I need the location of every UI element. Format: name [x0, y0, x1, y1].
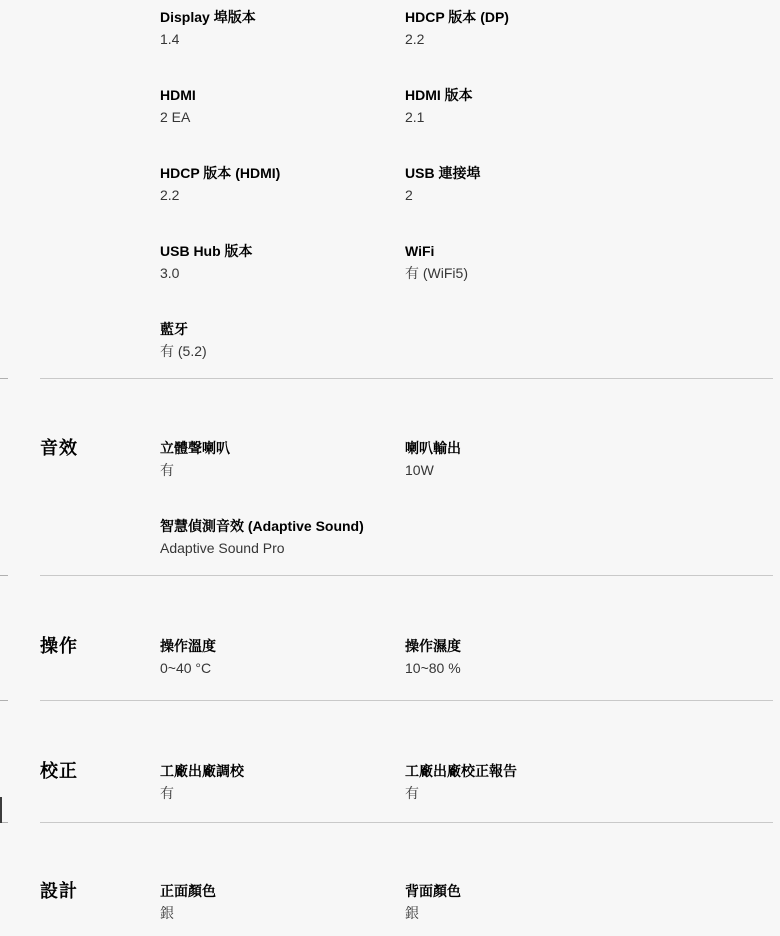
section-divider — [0, 822, 780, 823]
section-title-operation: 操作 — [40, 632, 78, 658]
spec-section-calibration: 校正 工廠出廠調校 有 工廠出廠校正報告 有 — [0, 760, 780, 804]
section-divider — [0, 700, 780, 701]
spec-label: 藍牙 — [160, 318, 405, 340]
spec-section-connectivity: Display 埠版本 1.4 HDCP 版本 (DP) 2.2 HDMI 2 … — [0, 6, 780, 362]
spec-item-back-color: 背面顏色 銀 — [405, 880, 780, 924]
spec-value: 2 — [405, 184, 780, 206]
spec-value: 銀 — [405, 902, 780, 924]
divider-edge-stub — [0, 700, 8, 701]
spec-row: 正面顏色 銀 背面顏色 銀 — [160, 880, 780, 924]
spec-value: 有 — [160, 782, 405, 804]
spec-label: HDCP 版本 (HDMI) — [160, 162, 405, 184]
spec-item-empty — [405, 318, 780, 362]
spec-label: Display 埠版本 — [160, 6, 405, 28]
spec-label: 操作濕度 — [405, 635, 780, 657]
spec-row: 立體聲喇叭 有 喇叭輸出 10W — [160, 437, 780, 481]
spec-label: 喇叭輸出 — [405, 437, 780, 459]
spec-item-wifi: WiFi 有 (WiFi5) — [405, 240, 780, 284]
spec-item-empty — [405, 515, 780, 559]
spec-value: 銀 — [160, 902, 405, 924]
section-title-audio: 音效 — [40, 434, 78, 460]
spec-value: Adaptive Sound Pro — [160, 537, 405, 559]
section-divider — [0, 575, 780, 576]
spec-row: 智慧偵測音效 (Adaptive Sound) Adaptive Sound P… — [160, 515, 780, 559]
spec-label: 工廠出廠調校 — [160, 760, 405, 782]
divider-line — [40, 822, 773, 823]
spec-label: WiFi — [405, 240, 780, 262]
spec-section-audio: 音效 立體聲喇叭 有 喇叭輸出 10W 智慧偵測音效 (Adaptive Sou… — [0, 437, 780, 559]
spec-value: 有 (5.2) — [160, 340, 405, 362]
divider-edge-stub — [0, 575, 8, 576]
spec-value: 10~80 % — [405, 657, 780, 679]
divider-line — [40, 378, 773, 379]
divider-edge-stub — [0, 378, 8, 379]
spec-item-hdcp-version-hdmi: HDCP 版本 (HDMI) 2.2 — [160, 162, 405, 206]
spec-item-bluetooth: 藍牙 有 (5.2) — [160, 318, 405, 362]
spec-value: 2.2 — [405, 28, 780, 50]
spec-section-operation: 操作 操作溫度 0~40 °C 操作濕度 10~80 % — [0, 635, 780, 679]
spec-item-hdcp-version-dp: HDCP 版本 (DP) 2.2 — [405, 6, 780, 50]
spec-value: 有 (WiFi5) — [405, 262, 780, 284]
divider-line — [40, 575, 773, 576]
spec-label: HDCP 版本 (DP) — [405, 6, 780, 28]
spec-value: 0~40 °C — [160, 657, 405, 679]
spec-row: 操作溫度 0~40 °C 操作濕度 10~80 % — [160, 635, 780, 679]
spec-row: 工廠出廠調校 有 工廠出廠校正報告 有 — [160, 760, 780, 804]
spec-label: 立體聲喇叭 — [160, 437, 405, 459]
spec-label: 正面顏色 — [160, 880, 405, 902]
spec-label: HDMI — [160, 84, 405, 106]
section-title-design: 設計 — [40, 877, 78, 903]
spec-value: 有 — [160, 459, 405, 481]
spec-row: USB Hub 版本 3.0 WiFi 有 (WiFi5) — [160, 240, 780, 284]
spec-item-stereo-speakers: 立體聲喇叭 有 — [160, 437, 405, 481]
spec-item-usb-hub-version: USB Hub 版本 3.0 — [160, 240, 405, 284]
spec-item-factory-calibration: 工廠出廠調校 有 — [160, 760, 405, 804]
spec-item-hdmi-version: HDMI 版本 2.1 — [405, 84, 780, 128]
spec-item-adaptive-sound: 智慧偵測音效 (Adaptive Sound) Adaptive Sound P… — [160, 515, 405, 559]
spec-item-hdmi: HDMI 2 EA — [160, 84, 405, 128]
spec-row: 藍牙 有 (5.2) — [160, 318, 780, 362]
spec-row: Display 埠版本 1.4 HDCP 版本 (DP) 2.2 — [160, 6, 780, 50]
spec-row: HDMI 2 EA HDMI 版本 2.1 — [160, 84, 780, 128]
divider-line — [40, 700, 773, 701]
spec-label: 背面顏色 — [405, 880, 780, 902]
spec-section-design: 設計 正面顏色 銀 背面顏色 銀 — [0, 880, 780, 924]
spec-label: 操作溫度 — [160, 635, 405, 657]
spec-item-displayport-version: Display 埠版本 1.4 — [160, 6, 405, 50]
spec-value: 2.2 — [160, 184, 405, 206]
spec-value: 有 — [405, 782, 780, 804]
spec-item-usb-ports: USB 連接埠 2 — [405, 162, 780, 206]
spec-label: 智慧偵測音效 (Adaptive Sound) — [160, 515, 405, 537]
spec-label: USB Hub 版本 — [160, 240, 405, 262]
spec-item-factory-calibration-report: 工廠出廠校正報告 有 — [405, 760, 780, 804]
section-divider — [0, 378, 780, 379]
spec-item-operating-humidity: 操作濕度 10~80 % — [405, 635, 780, 679]
spec-label: HDMI 版本 — [405, 84, 780, 106]
spec-label: 工廠出廠校正報告 — [405, 760, 780, 782]
spec-value: 10W — [405, 459, 780, 481]
section-title-calibration: 校正 — [40, 757, 78, 783]
spec-value: 2.1 — [405, 106, 780, 128]
spec-row: HDCP 版本 (HDMI) 2.2 USB 連接埠 2 — [160, 162, 780, 206]
spec-value: 2 EA — [160, 106, 405, 128]
edge-widget-fragment — [0, 797, 2, 823]
spec-sheet: Display 埠版本 1.4 HDCP 版本 (DP) 2.2 HDMI 2 … — [0, 0, 780, 936]
spec-value: 3.0 — [160, 262, 405, 284]
spec-item-operating-temperature: 操作溫度 0~40 °C — [160, 635, 405, 679]
spec-item-speaker-output: 喇叭輸出 10W — [405, 437, 780, 481]
spec-item-front-color: 正面顏色 銀 — [160, 880, 405, 924]
spec-label: USB 連接埠 — [405, 162, 780, 184]
spec-value: 1.4 — [160, 28, 405, 50]
